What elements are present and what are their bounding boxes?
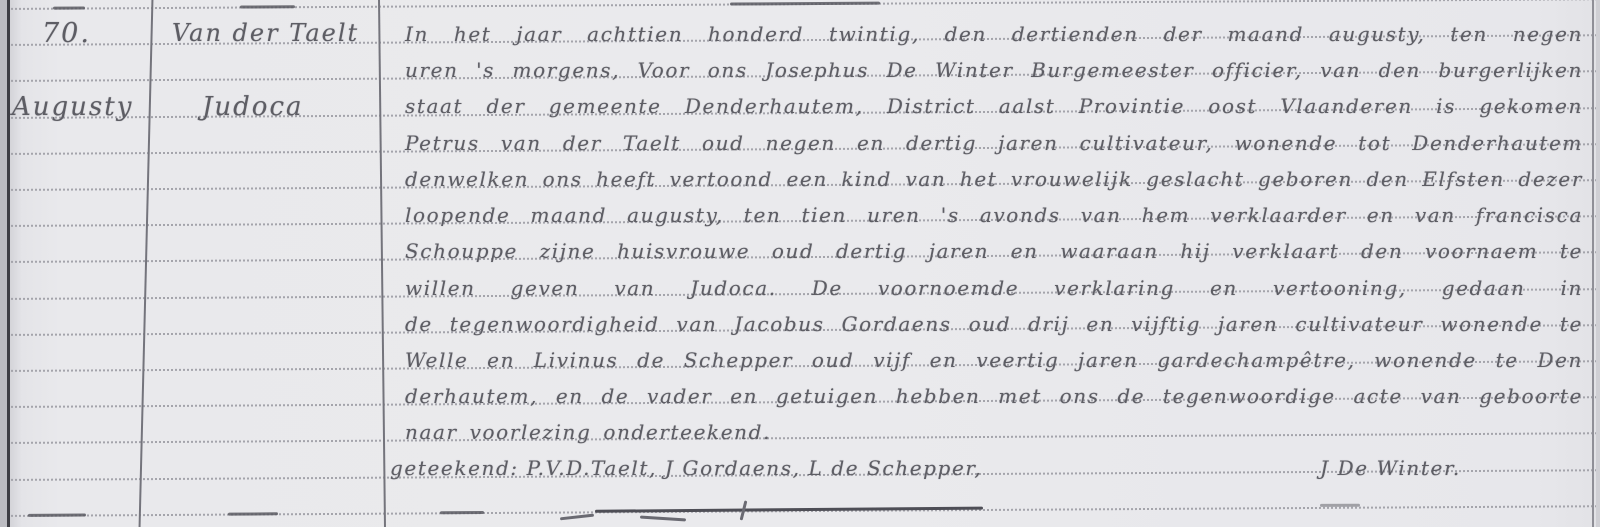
act-line: Welle en Livinus de Schepper oud vijf en…: [405, 348, 1583, 372]
ink-dash: [730, 2, 880, 6]
child-given-name: Judoca: [202, 92, 304, 122]
act-line: Schouppe zijne huisvrouwe oud dertig jar…: [405, 239, 1583, 263]
ink-dash: [240, 5, 295, 8]
act-month: Augusty: [12, 92, 133, 122]
act-line: denwelken ons heeft vertoond een kind va…: [405, 167, 1583, 191]
ink-dash: [53, 6, 85, 9]
act-line: naar voorlezing onderteekend.: [405, 420, 1583, 444]
register-page: 70. Augusty Van der Taelt Judoca In het …: [0, 0, 1600, 527]
child-surname: Van der Taelt: [172, 19, 359, 47]
cutoff-handwriting-fragment: [560, 514, 594, 521]
ink-dash: [1320, 504, 1360, 507]
act-line: uren 's morgens, Voor ons Josephus De Wi…: [405, 58, 1583, 82]
act-line: Petrus van der Taelt oud negen en dertig…: [405, 131, 1583, 155]
act-number: 70.: [42, 18, 91, 49]
act-line: derhautem, en de vader en getuigen hebbe…: [405, 384, 1583, 408]
cutoff-handwriting-fragment: [640, 515, 686, 521]
act-line: staat der gemeente Denderhautem, Distric…: [405, 94, 1583, 118]
act-line: de tegenwoordigheid van Jacobus Gordaens…: [405, 312, 1583, 336]
page-right-edge-shadow: [1596, 0, 1600, 527]
signature-registrar: J De Winter.: [1320, 456, 1461, 480]
act-line: In het jaar achttien honderd twintig, de…: [405, 22, 1583, 46]
page-left-edge-shadow: [0, 0, 7, 527]
ink-dash: [440, 511, 484, 514]
act-line: willen geven van Judoca. De voornoemde v…: [405, 276, 1583, 300]
page-right-edge-line: [1592, 0, 1594, 527]
act-line: loopende maand augusty, ten tien uren 's…: [405, 203, 1583, 227]
ink-dash: [28, 513, 86, 516]
page-left-edge-line: [7, 0, 10, 527]
ink-dash: [228, 512, 278, 515]
signatures-left: geteekend: P.V.D.Taelt, J Gordaens, L de…: [390, 456, 982, 480]
